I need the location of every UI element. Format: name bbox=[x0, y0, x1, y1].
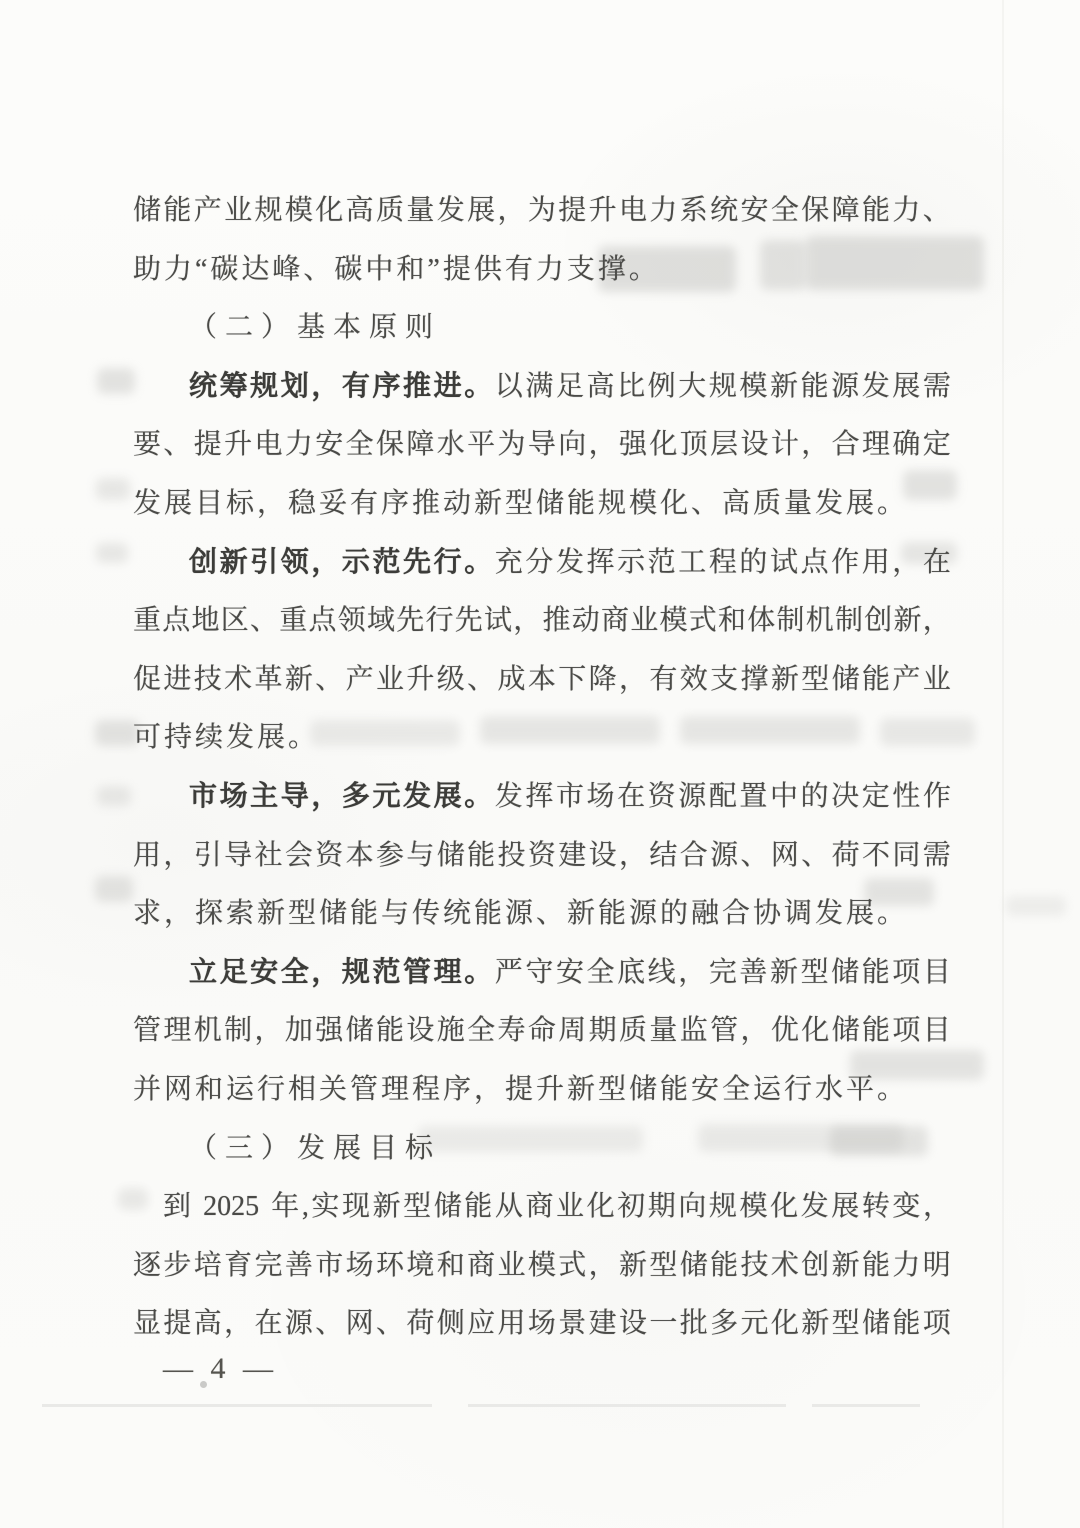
text-line: 显提高，在源、网、荷侧应用场景建设一批多元化新型储能项 bbox=[133, 1295, 951, 1354]
section-heading: （二）基本原则 bbox=[133, 299, 951, 358]
text-line: 到 2025 年,实现新型储能从商业化初期向规模化发展转变， bbox=[133, 1178, 951, 1237]
scan-divider-line bbox=[468, 1404, 786, 1407]
page-number: — 4 — bbox=[163, 1352, 278, 1386]
text-line: 创新引领，示范先行。充分发挥示范工程的试点作用，在 bbox=[133, 534, 951, 593]
section-heading: （三）发展目标 bbox=[133, 1120, 951, 1179]
bleed-through-smudge bbox=[97, 786, 131, 806]
text-line: 储能产业规模化高质量发展，为提升电力系统安全保障能力、 bbox=[133, 182, 951, 241]
text-line: 管理机制，加强储能设施全寿命周期质量监管，优化储能项目 bbox=[133, 1002, 951, 1061]
text-line: 助力“碳达峰、碳中和”提供有力支撑。 bbox=[133, 241, 951, 300]
text-line: 逐步培育完善市场环境和商业模式，新型储能技术创新能力明 bbox=[133, 1237, 951, 1296]
scan-edge bbox=[1002, 0, 1004, 1528]
scan-divider-line bbox=[812, 1404, 920, 1407]
text-line: 市场主导，多元发展。发挥市场在资源配置中的决定性作 bbox=[133, 768, 951, 827]
text-line: 要、提升电力安全保障水平为导向，强化顶层设计，合理确定 bbox=[133, 416, 951, 475]
text-line: 发展目标，稳妥有序推动新型储能规模化、高质量发展。 bbox=[133, 475, 951, 534]
scanned-document-page: 储能产业规模化高质量发展，为提升电力系统安全保障能力、助力“碳达峰、碳中和”提供… bbox=[0, 0, 1080, 1528]
text-line: 统筹规划，有序推进。以满足高比例大规模新能源发展需 bbox=[133, 358, 951, 417]
text-line: 可持续发展。 bbox=[133, 709, 951, 768]
bleed-through-smudge bbox=[97, 368, 135, 394]
text-line: 求，探索新型储能与传统能源、新能源的融合协调发展。 bbox=[133, 885, 951, 944]
bleed-through-smudge bbox=[1006, 896, 1066, 916]
text-line: 并网和运行相关管理程序，提升新型储能安全运行水平。 bbox=[133, 1061, 951, 1120]
text-line: 重点地区、重点领域先行先试，推动商业模式和体制机制创新， bbox=[133, 592, 951, 651]
text-line: 用，引导社会资本参与储能投资建设，结合源、网、荷不同需 bbox=[133, 827, 951, 886]
document-body: 储能产业规模化高质量发展，为提升电力系统安全保障能力、助力“碳达峰、碳中和”提供… bbox=[133, 182, 951, 1354]
scan-divider-line bbox=[42, 1404, 432, 1407]
bleed-through-smudge bbox=[96, 543, 128, 563]
text-line: 促进技术革新、产业升级、成本下降，有效支撑新型储能产业 bbox=[133, 651, 951, 710]
text-line: 立足安全，规范管理。严守安全底线，完善新型储能项目 bbox=[133, 944, 951, 1003]
bleed-through-smudge bbox=[95, 876, 133, 902]
bleed-through-smudge bbox=[96, 478, 130, 500]
